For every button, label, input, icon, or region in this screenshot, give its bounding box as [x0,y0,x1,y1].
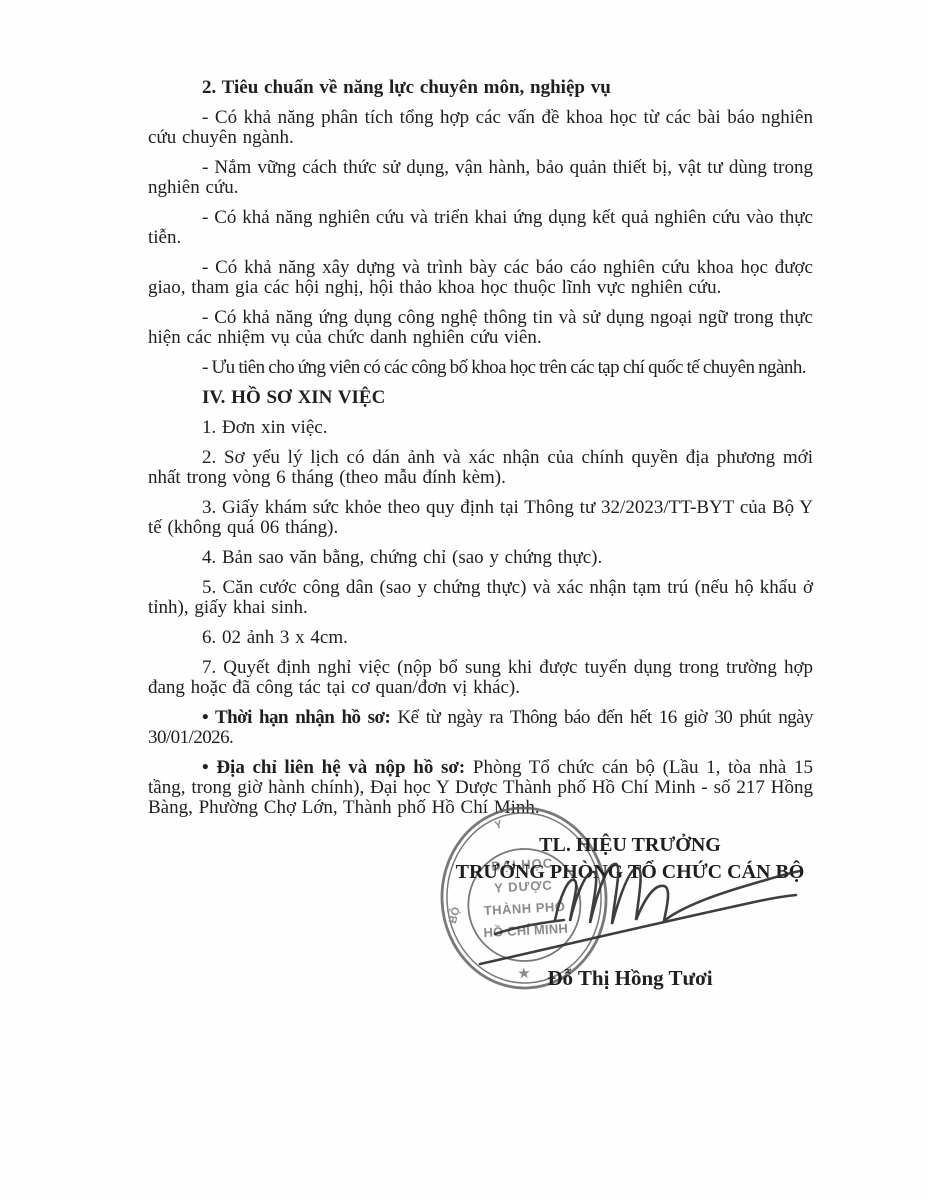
dossier-item-3: 3. Giấy khám sức khỏe theo quy định tại … [148,498,813,538]
deadline-label: • Thời hạn nhận hồ sơ: [202,707,390,728]
dossier-item-4: 4. Bản sao văn bằng, chứng chỉ (sao y ch… [148,548,813,568]
section-2-heading: 2. Tiêu chuẩn về năng lực chuyên môn, ng… [148,78,813,98]
signature-leadin-stroke [495,920,564,934]
handwritten-signature [440,842,810,982]
capability-item-2: - Nắm vững cách thức sử dụng, vận hành, … [148,158,813,198]
signer-name: Đỗ Thị Hồng Tươi [515,966,745,991]
document-body: 2. Tiêu chuẩn về năng lực chuyên môn, ng… [148,78,813,886]
scanned-document-page: 2. Tiêu chuẩn về năng lực chuyên môn, ng… [0,0,927,1200]
dossier-item-5: 5. Căn cước công dân (sao y chứng thực) … [148,578,813,618]
capability-item-6: - Ưu tiên cho ứng viên có các công bố kh… [148,358,813,378]
dossier-item-1: 1. Đơn xin việc. [148,418,813,438]
dossier-item-7: 7. Quyết định nghỉ việc (nộp bổ sung khi… [148,658,813,698]
capability-item-5: - Có khả năng ứng dụng công nghệ thông t… [148,308,813,348]
capability-item-1: - Có khả năng phân tích tổng hợp các vấn… [148,108,813,148]
signature-loops-stroke [555,864,800,924]
dossier-item-6: 6. 02 ảnh 3 x 4cm. [148,628,813,648]
dossier-item-2: 2. Sơ yếu lý lịch có dán ảnh và xác nhận… [148,448,813,488]
section-4-heading: IV. HỒ SƠ XIN VIỆC [148,388,813,408]
capability-item-4: - Có khả năng xây dựng và trình bày các … [148,258,813,298]
deadline-paragraph: • Thời hạn nhận hồ sơ: Kể từ ngày ra Thô… [148,708,813,748]
contact-address-label: • Địa chỉ liên hệ và nộp hồ sơ: [202,757,465,778]
capability-item-3: - Có khả năng nghiên cứu và triển khai ứ… [148,208,813,248]
seal-ring-top-text: Y [493,818,504,832]
